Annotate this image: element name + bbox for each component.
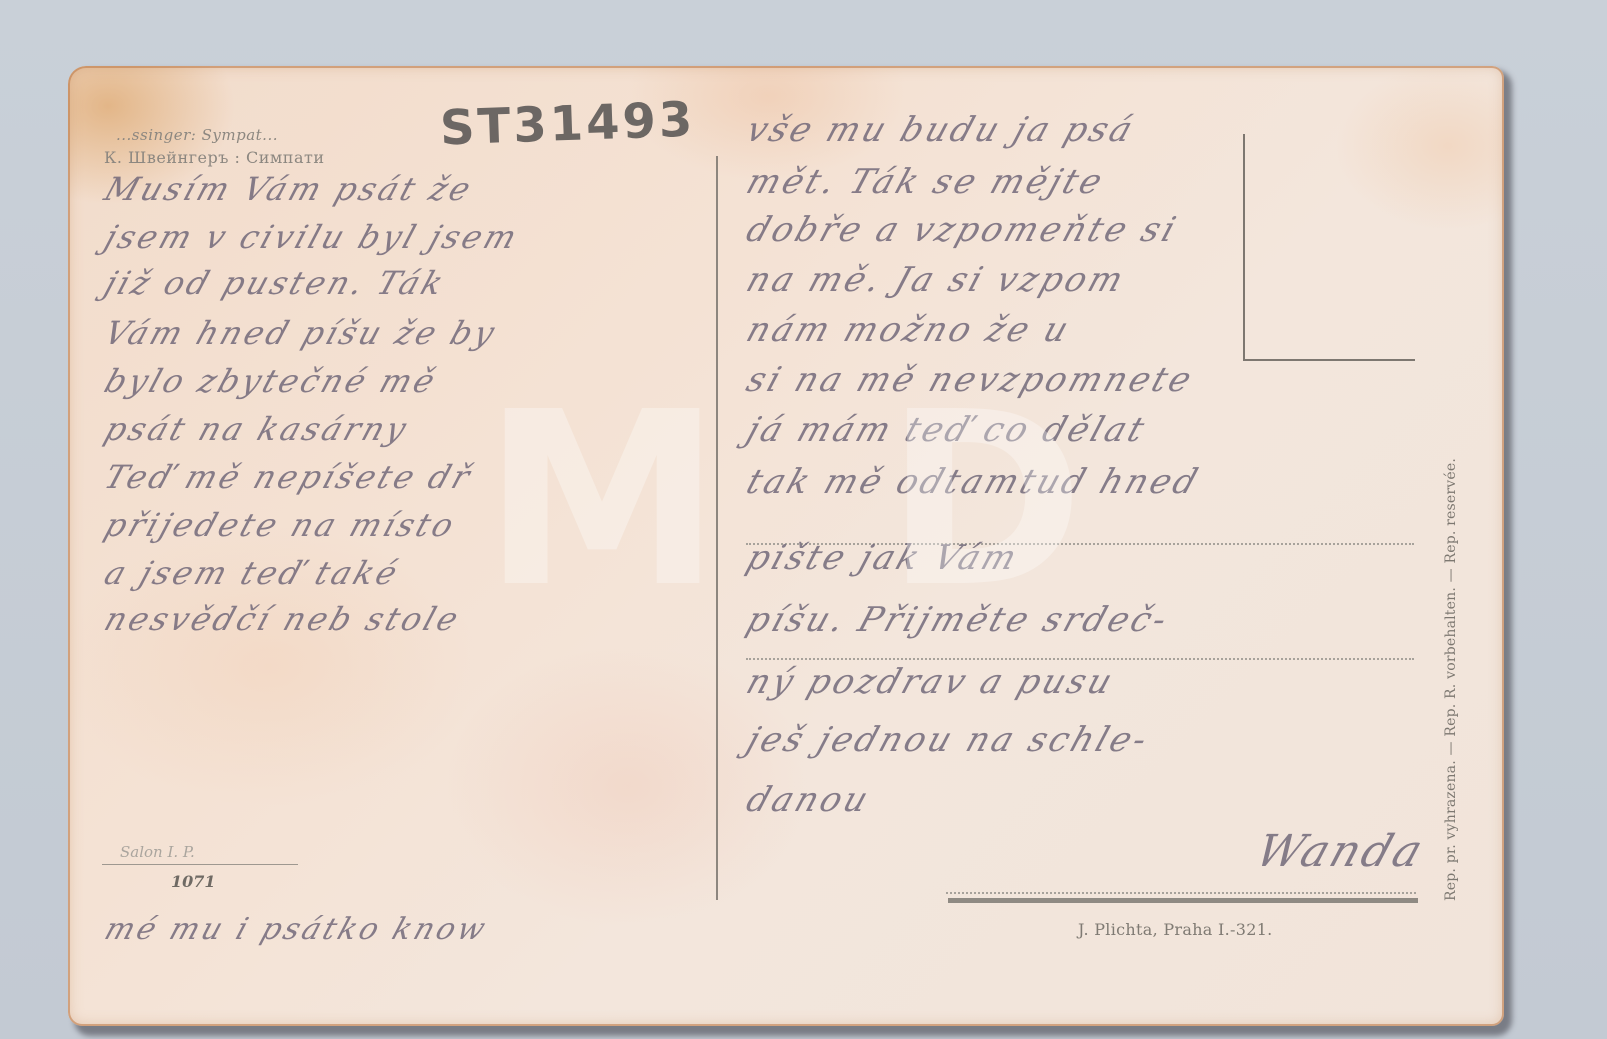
catalog-id: ST31493 [439,92,696,157]
message-left-line: Teď mě nepíšete dř [100,458,478,496]
message-left-line: psát na kasárny [100,410,414,448]
message-right-line: ný pozdrav a pusu [742,662,1120,702]
postcard-back: ST31493 ...ssinger: Sympat... К. Швейнге… [68,66,1504,1026]
message-left-line: přijedete na místo [100,506,462,544]
artist-line-cyrillic: К. Швейнгеръ : Симпати [104,148,325,167]
message-right-line: tak mě odtamtud hned [742,462,1206,502]
message-right-line: mět. Ták se mějte [742,162,1110,202]
publisher-imprint: J. Plichta, Praha I.-321. [1078,920,1273,939]
rights-notice: Rep. pr. vyhrazena. — Rep. R. vorbehalte… [1443,458,1459,901]
message-left-line: bylo zbytečné mě [100,362,443,400]
message-right-line: píšu. Přijměte srdeč- [742,600,1175,640]
artist-line-latin: ...ssinger: Sympat... [116,126,278,144]
message-right-line: vše mu budu ja psá [742,110,1141,150]
message-right-line: si na mě nevzpomnete [742,360,1200,400]
stamp-box [1243,134,1415,361]
message-right-line: pište jak Vám [742,538,1025,578]
address-line [746,658,1414,660]
message-left-line: Vám hned píšu že by [100,314,502,352]
message-right-line: danou [742,780,876,820]
message-left-line: a jsem teď také [100,554,405,592]
message-right-line: ješ jednou na schle- [742,720,1155,760]
series-label: Salon I. P. [120,843,195,861]
address-line [946,892,1416,894]
message-right-line: nám možno že u [742,310,1077,350]
center-divider [716,156,718,900]
message-right-line: já mám teď co dělat [742,410,1153,450]
message-left-line: jsem v civilu byl jsem [100,218,524,256]
message-left-line: již od pusten. Ták [100,264,451,302]
signature: Wanda [1250,826,1432,877]
message-right-line: dobře a vzpomeňte si [742,210,1184,250]
series-rule [102,864,298,865]
bottom-note: mé mu i psátko know [100,912,492,947]
message-right-line: na mě. Ja si vzpom [742,260,1131,300]
message-left-line: Musím Vám psát že [100,170,478,208]
card-number: 1071 [171,872,216,891]
address-rule [948,898,1418,903]
message-left-line: nesvědčí neb stole [100,600,466,638]
